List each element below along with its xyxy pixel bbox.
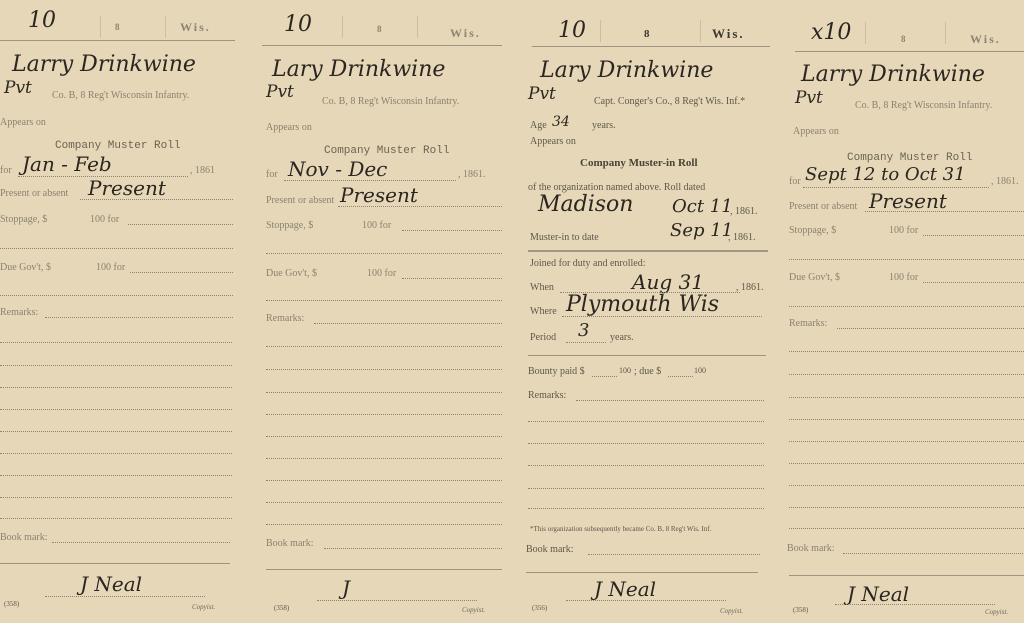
due-govt-amount: 100 for [367, 268, 396, 279]
card-number: 10 [284, 12, 312, 37]
appears-on-label: Appears on [266, 122, 312, 133]
period-suffix: years. [610, 332, 634, 343]
remarks-label: Remarks: [789, 318, 827, 329]
regiment-number: 8 [901, 34, 906, 44]
unit-line: Co. B, 8 Reg't Wisconsin Infantry. [322, 96, 459, 107]
muster-in-card: 10 8 Wis. Lary Drinkwine Pvt Capt. Conge… [522, 0, 772, 623]
soldier-rank: Pvt [4, 78, 32, 98]
period-label: Period [530, 332, 556, 343]
when-year: , 1861. [736, 282, 764, 293]
header-divider [700, 20, 701, 42]
age-suffix: years. [592, 120, 616, 131]
remarks-label: Remarks: [0, 307, 38, 318]
state-label: Wis. [970, 32, 1001, 47]
stoppage-label: Stoppage, $ [789, 225, 836, 236]
roll-period: Nov - Dec [288, 157, 387, 181]
form-number: (356) [532, 604, 547, 612]
appears-on-label: Appears on [793, 126, 839, 137]
soldier-rank: Pvt [795, 88, 823, 108]
regiment-number: 8 [644, 28, 652, 40]
header-rule [0, 40, 235, 41]
form-number: (358) [793, 606, 808, 614]
where-value: Plymouth Wis [566, 292, 719, 317]
stoppage-label: Stoppage, $ [0, 214, 47, 225]
appears-on-label: Appears on [530, 136, 576, 147]
present-value: Present [88, 176, 166, 200]
copyist-signature: J Neal [80, 572, 142, 596]
form-number: (358) [4, 600, 19, 608]
roll-title: Company Muster-in Roll [580, 157, 698, 169]
roll-year: , 1861. [730, 206, 758, 217]
roll-period: Sept 12 to Oct 31 [805, 164, 966, 185]
due-govt-amount: 100 for [889, 272, 918, 283]
remarks-label: Remarks: [528, 390, 566, 401]
bounty-paid-label: Bounty paid $ [528, 366, 585, 377]
muster-card-4: x10 8 Wis. Larry Drinkwine Pvt Co. B, 8 … [785, 0, 1024, 623]
present-value: Present [869, 189, 947, 213]
muster-in-year: , 1861. [728, 232, 756, 243]
due-govt-amount: 100 for [96, 262, 125, 273]
footnote: *This organization subsequently became C… [530, 525, 711, 533]
unit-line: Co. B, 8 Reg't Wisconsin Infantry. [855, 100, 992, 111]
header-divider [865, 22, 866, 44]
soldier-name: Larry Drinkwine [801, 62, 985, 87]
stoppage-amount: 100 for [889, 225, 918, 236]
roll-date: Oct 11 [672, 196, 733, 217]
for-label: for [266, 169, 278, 180]
appears-on-label: Appears on [0, 117, 46, 128]
muster-in-label: Muster-in to date [530, 232, 599, 243]
age-value: 34 [552, 114, 570, 130]
bounty-due-value: 100 [694, 366, 706, 375]
when-label: When [530, 282, 554, 293]
roll-year: , 1861. [458, 169, 486, 180]
header-divider [945, 22, 946, 44]
roll-year: , 1861 [190, 165, 215, 176]
book-mark-label: Book mark: [526, 544, 574, 555]
state-label: Wis. [180, 20, 211, 35]
joined-label: Joined for duty and enrolled: [530, 258, 646, 269]
roll-year: , 1861. [991, 176, 1019, 187]
form-number: (358) [274, 604, 289, 612]
muster-in-date: Sep 11 [670, 220, 733, 241]
for-label: for [0, 165, 12, 176]
roll-place: Madison [538, 192, 633, 217]
copyist-label: Copyist. [192, 603, 215, 611]
present-value: Present [340, 183, 418, 207]
roll-title: Company Muster Roll [324, 145, 449, 157]
present-label: Present or absent [0, 188, 68, 199]
where-label: Where [530, 306, 557, 317]
header-divider [417, 16, 418, 38]
muster-card-2: 10 8 Wis. Lary Drinkwine Pvt Co. B, 8 Re… [262, 0, 507, 623]
present-label: Present or absent [789, 201, 857, 212]
due-govt-label: Due Gov't, $ [266, 268, 317, 279]
state-label: Wis. [450, 26, 481, 41]
header-divider [100, 16, 101, 38]
roll-title: Company Muster Roll [55, 140, 180, 152]
due-govt-label: Due Gov't, $ [789, 272, 840, 283]
regiment-number: 8 [115, 22, 120, 32]
muster-card-1: 10 8 Wis. Larry Drinkwine Pvt Co. B, 8 R… [0, 0, 240, 623]
copyist-signature: J [342, 576, 350, 600]
bounty-due-label: ; due $ [634, 366, 661, 377]
header-rule [795, 51, 1024, 52]
header-rule [532, 46, 770, 47]
copyist-label: Copyist. [720, 607, 743, 615]
when-value: Aug 31 [632, 270, 704, 294]
book-mark-label: Book mark: [266, 538, 314, 549]
soldier-rank: Pvt [528, 84, 556, 104]
stoppage-amount: 100 for [90, 214, 119, 225]
unit-line: Capt. Conger's Co., 8 Reg't Wis. Inf.* [594, 96, 745, 107]
soldier-name: Lary Drinkwine [272, 57, 445, 82]
header-rule [262, 45, 502, 46]
stoppage-amount: 100 for [362, 220, 391, 231]
unit-line: Co. B, 8 Reg't Wisconsin Infantry. [52, 90, 189, 101]
regiment-number: 8 [377, 24, 382, 34]
header-divider [165, 16, 166, 38]
soldier-name: Lary Drinkwine [540, 58, 713, 83]
soldier-rank: Pvt [266, 82, 294, 102]
book-mark-label: Book mark: [787, 543, 835, 554]
card-number: 10 [558, 18, 586, 43]
book-mark-label: Book mark: [0, 532, 48, 543]
state-label: Wis. [712, 26, 745, 42]
period-value: 3 [578, 320, 589, 341]
copyist-signature: J Neal [594, 577, 656, 601]
card-number: 10 [28, 8, 56, 33]
card-number: x10 [811, 20, 851, 45]
bounty-paid-value: 100 [619, 366, 631, 375]
roll-title: Company Muster Roll [847, 152, 972, 164]
for-label: for [789, 176, 801, 187]
roll-period: Jan - Feb [22, 152, 112, 176]
header-divider [342, 16, 343, 38]
age-label: Age [530, 120, 547, 131]
remarks-label: Remarks: [266, 313, 304, 324]
copyist-label: Copyist. [462, 606, 485, 614]
header-divider [600, 20, 601, 42]
present-label: Present or absent [266, 195, 334, 206]
copyist-signature: J Neal [847, 582, 909, 606]
soldier-name: Larry Drinkwine [12, 52, 196, 77]
stoppage-label: Stoppage, $ [266, 220, 313, 231]
due-govt-label: Due Gov't, $ [0, 262, 51, 273]
copyist-label: Copyist. [985, 608, 1008, 616]
